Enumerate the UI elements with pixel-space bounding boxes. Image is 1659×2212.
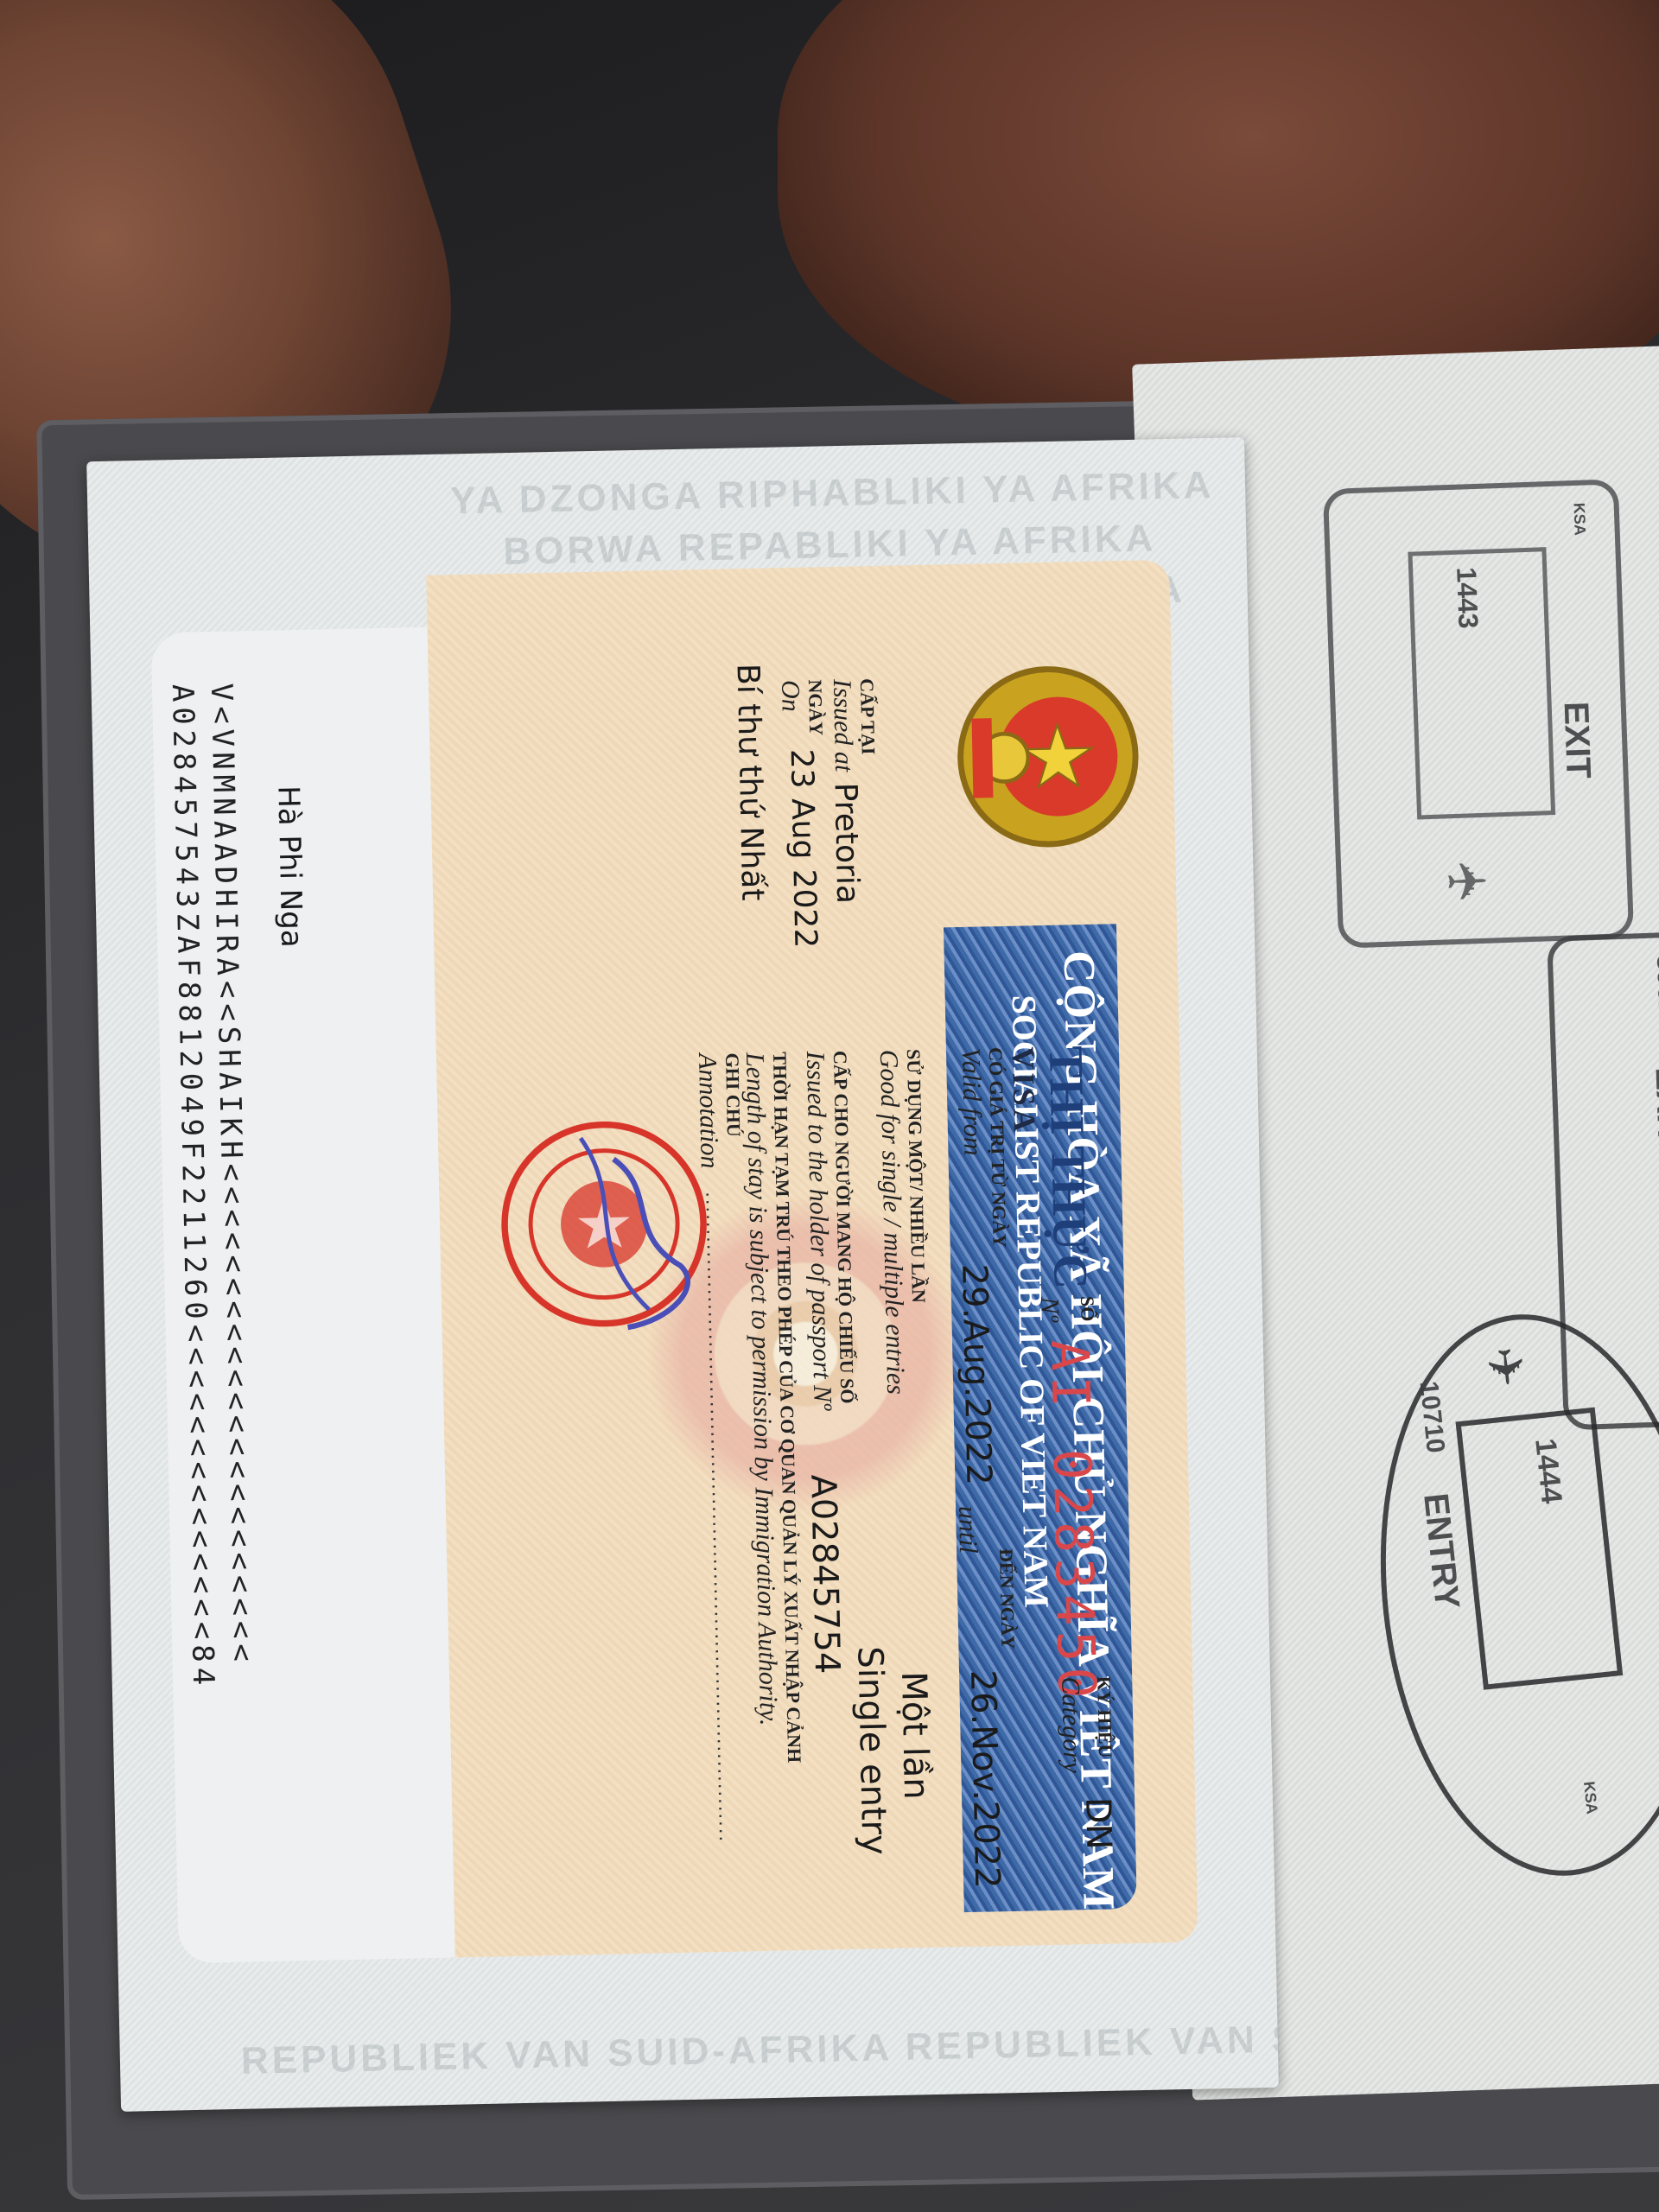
- entry-stamp-label: ENTRY: [1415, 1491, 1466, 1611]
- officer-name: Hà Phi Nga: [270, 785, 308, 948]
- category-label-en: Category: [1055, 1676, 1086, 1773]
- airplane-icon: ✈: [1474, 1344, 1535, 1390]
- page-watermark-4: REPUBLIEK VAN SUID-AFRIKA REPUBLIEK VAN …: [240, 2016, 1278, 2083]
- valid-from-value: 29.Aug.2022: [954, 1263, 998, 1485]
- issued-at-label-vn: CẤP TẠI: [855, 678, 880, 755]
- visa-number: AI 0283450: [1039, 1339, 1107, 1705]
- airplane-icon: ✈: [1445, 852, 1491, 914]
- valid-until-value: 26.Nov.2022: [963, 1669, 1007, 1889]
- exit-stamp-2-label: EXIT: [1647, 1066, 1659, 1144]
- visa-title-en: VISA: [1005, 1046, 1043, 1135]
- officer-title: Bí thư thứ Nhất: [730, 664, 771, 901]
- visa-title-vn: THỊ THỰC: [1038, 1046, 1098, 1290]
- exit-stamp-1-label: EXIT: [1556, 701, 1598, 779]
- entry-stamp-number: 10710: [1414, 1380, 1451, 1455]
- exit-stamp-1-number: 1443: [1450, 567, 1484, 629]
- entry-stamp-country: KSA: [1580, 1781, 1601, 1815]
- issued-at-label-en: Issued at: [827, 678, 858, 772]
- valid-until-label-vn: ĐẾN NGÀY: [995, 1548, 1019, 1649]
- consular-seal-stamp: [493, 1114, 714, 1334]
- holder-passport-number: A02845754: [803, 1474, 847, 1675]
- category-value: DN: [1077, 1796, 1118, 1850]
- exit-stamp-2-number: 8962: [1650, 954, 1659, 1016]
- issued-at-value: Pretoria: [827, 782, 865, 904]
- visa-number-label-vn: SỐ: [1076, 1296, 1099, 1322]
- page-watermark-1: YA DZONGA RIPHABLIKI YA AFRIKA: [450, 464, 1215, 524]
- valid-until-label-en: until: [952, 1506, 982, 1554]
- issued-on-value: 23 Aug 2022: [784, 748, 823, 948]
- issued-on-label-en: On: [775, 680, 805, 712]
- valid-from-label-en: Valid from: [956, 1047, 988, 1155]
- vietnam-national-emblem-icon: [946, 655, 1149, 858]
- exit-stamp-1-country: KSA: [1570, 502, 1589, 536]
- annotation-label-vn: GHI CHÚ: [721, 1052, 745, 1137]
- mrz-area: V<VNMNAADHIRA<<SHAIKH<<<<<<<<<<<<<<<<<<<…: [151, 627, 464, 1964]
- entries-value-vn: Một lần: [893, 1671, 936, 1800]
- entry-stamp-date: 1444: [1528, 1437, 1568, 1505]
- category-label-vn: KÝ HIỆU: [1092, 1675, 1116, 1758]
- entries-value-en: Single entry: [849, 1646, 893, 1855]
- visa-sticker: V<VNMNAADHIRA<<SHAIKH<<<<<<<<<<<<<<<<<<<…: [149, 560, 1198, 1963]
- exit-stamp-1: EXIT 1443 KSA ✈: [1323, 479, 1634, 949]
- issued-on-label-vn: NGÀY: [804, 679, 827, 735]
- valid-from-label-vn: CÓ GIÁ TRỊ TỪ NGÀY: [984, 1047, 1011, 1248]
- visa-number-label-en: Nº: [1034, 1297, 1065, 1323]
